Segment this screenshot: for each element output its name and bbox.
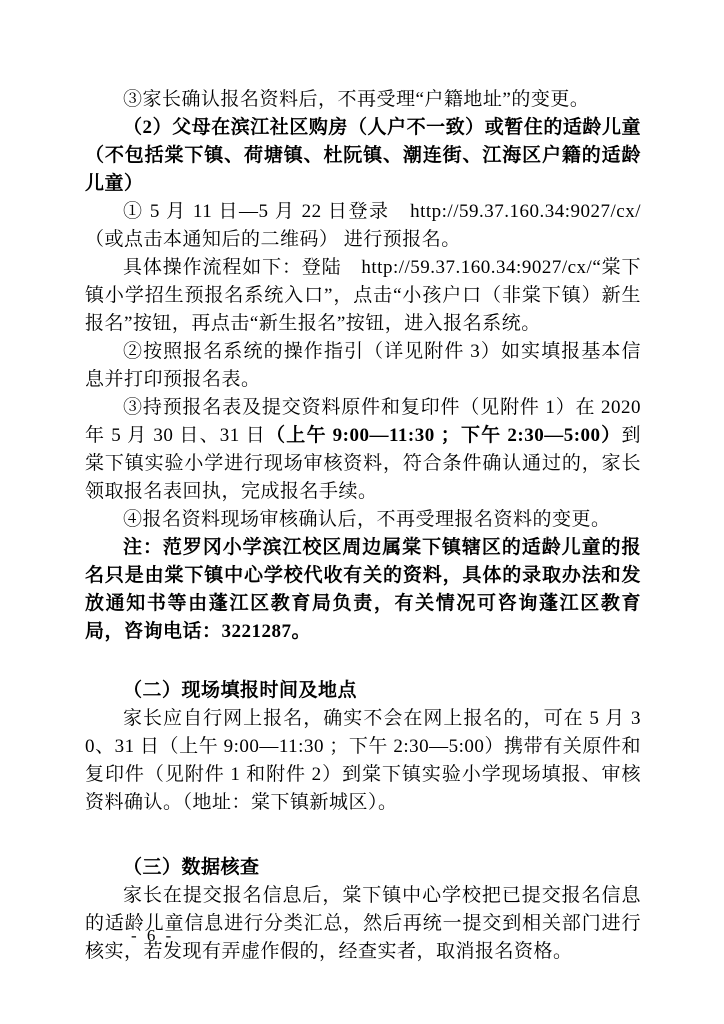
document-page: ③家长确认报名资料后，不再受理“户籍地址”的变更。（2）父母在滨江社区购房（人户…	[0, 0, 724, 1024]
text-segment: 家长在提交报名信息后，棠下镇中心学校把已提交报名信息的适龄儿童信息进行分类汇总，…	[85, 885, 641, 962]
text-segment: ③家长确认报名资料后，不再受理“户籍地址”的变更。	[123, 89, 589, 110]
heading-section-2: （二）现场填报时间及地点	[85, 677, 641, 705]
para-confirm-no-change: ③家长确认报名资料后，不再受理“户籍地址”的变更。	[85, 86, 641, 114]
para-step-3-onsite-review: ③持预报名表及提交资料原件和复印件（见附件 1）在 2020 年 5 月 30 …	[85, 394, 641, 506]
heading-section-3: （三）数据核查	[85, 854, 641, 882]
text-segment: ②按照报名系统的操作指引（详见附件 3）如实填报基本信息并打印预报名表。	[85, 341, 641, 390]
para-step-4-no-change: ④报名资料现场审核确认后，不再受理报名资料的变更。	[85, 506, 641, 534]
para-operation-process: 具体操作流程如下：登陆 http://59.37.160.34:9027/cx/…	[85, 254, 641, 338]
text-segment-bold: （2）父母在滨江社区购房（人户不一致）或暂住的适龄儿童（不包括棠下镇、荷塘镇、杜…	[85, 117, 641, 194]
text-segment: 具体操作流程如下：登陆 http://59.37.160.34:9027/cx/…	[85, 257, 641, 334]
para-data-check: 家长在提交报名信息后，棠下镇中心学校把已提交报名信息的适龄儿童信息进行分类汇总，…	[85, 882, 641, 966]
page-number: - 6 -	[131, 926, 174, 946]
para-onsite-filling: 家长应自行网上报名，确实不会在网上报名的，可在 5 月 30、31 日（上午 9…	[85, 705, 641, 817]
para-note: 注：范罗冈小学滨江校区周边属棠下镇辖区的适龄儿童的报名只是由棠下镇中心学校代收有…	[85, 534, 641, 646]
text-segment: ④报名资料现场审核确认后，不再受理报名资料的变更。	[123, 509, 611, 530]
document-body: ③家长确认报名资料后，不再受理“户籍地址”的变更。（2）父母在滨江社区购房（人户…	[85, 86, 641, 966]
para-category-2-title: （2）父母在滨江社区购房（人户不一致）或暂住的适龄儿童（不包括棠下镇、荷塘镇、杜…	[85, 114, 641, 198]
para-step-2-fill-info: ②按照报名系统的操作指引（详见附件 3）如实填报基本信息并打印预报名表。	[85, 338, 641, 394]
text-segment-bold: （上午 9:00—11:30 ；下午 2:30—5:00）	[266, 425, 621, 446]
text-segment: 家长应自行网上报名，确实不会在网上报名的，可在 5 月 30、31 日（上午 9…	[85, 708, 641, 813]
text-segment-bold: （三）数据核查	[123, 857, 260, 878]
text-segment-bold: 注：范罗冈小学滨江校区周边属棠下镇辖区的适龄儿童的报名只是由棠下镇中心学校代收有…	[85, 537, 641, 642]
para-step-1-register: ① 5 月 11 日—5 月 22 日登录 http://59.37.160.3…	[85, 198, 641, 254]
text-segment-bold: （二）现场填报时间及地点	[123, 680, 357, 701]
text-segment: ① 5 月 11 日—5 月 22 日登录 http://59.37.160.3…	[85, 201, 641, 250]
